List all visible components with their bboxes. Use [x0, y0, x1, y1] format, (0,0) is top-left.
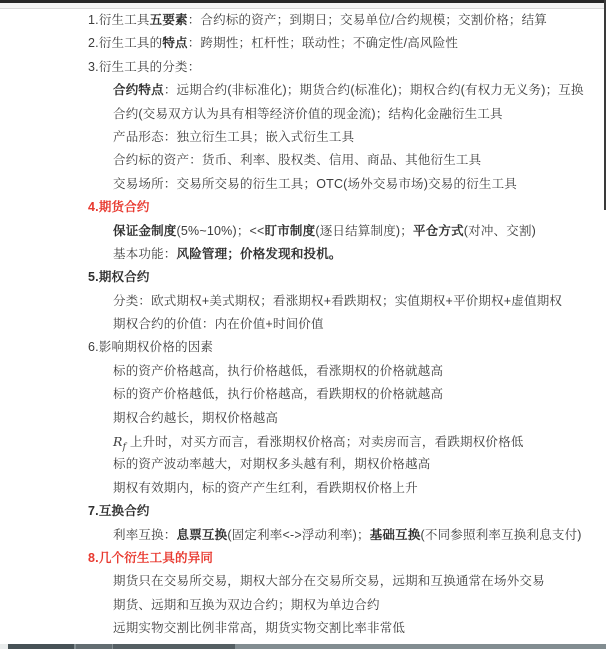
doc-text-segment: (不同参照利率互换利息支付) — [421, 528, 582, 542]
doc-line: 1.衍生工具五要素：合约标的资产；到期日；交易单位/合约规模；交割价格；结算 — [0, 9, 604, 32]
doc-text-segment: ：远期合约(非标准化)；期货合约(标准化)；期权合约(有权力无义务)；互换 — [164, 83, 584, 97]
doc-line: 合约标的资产：货币、利率、股权类、信用、商品、其他衍生工具 — [0, 149, 604, 172]
doc-text-segment: 期权合约越长，期权价格越高 — [113, 411, 278, 425]
doc-text-segment: 盯市制度 — [265, 224, 316, 238]
doc-text-segment: 2.衍生工具的 — [88, 36, 162, 50]
doc-text-segment: (5%~10%)；<< — [177, 224, 265, 238]
doc-line: 产品形态：独立衍生工具；嵌入式衍生工具 — [0, 126, 604, 149]
doc-text-segment: (对冲、交割) — [464, 224, 536, 238]
doc-text-segment: 8.几个衍生工具的异同 — [88, 551, 213, 565]
doc-text-segment: 标的资产价格越高，执行价格越低，看涨期权的价格就越高 — [113, 364, 443, 378]
doc-text-segment: 期货、远期和互换为双边合约；期权为单边合约 — [113, 598, 380, 612]
doc-line: 远期实物交割比例非常高，期货实物交割比率非常低 — [0, 617, 604, 640]
taskbar-button-sliver-3 — [113, 644, 235, 649]
doc-line: 3.衍生工具的分类： — [0, 56, 604, 79]
document-body: 1.衍生工具五要素：合约标的资产；到期日；交易单位/合约规模；交割价格；结算2.… — [0, 9, 604, 641]
doc-text-segment: 4.期货合约 — [88, 200, 150, 214]
doc-text-segment: 期货只在交易所交易，期权大部分在交易所交易，远期和互换通常在场外交易 — [113, 574, 545, 588]
doc-line: 6.影响期权价格的因素 — [0, 336, 604, 359]
doc-text-segment: 6.影响期权价格的因素 — [88, 340, 213, 354]
doc-text-segment: 五要素 — [150, 13, 188, 27]
doc-text-segment: 息票互换 — [177, 528, 228, 542]
doc-line: 2.衍生工具的特点：跨期性；杠杆性；联动性；不确定性/高风险性 — [0, 32, 604, 55]
doc-text-segment: 平仓方式 — [413, 224, 464, 238]
doc-text-segment: 产品形态：独立衍生工具；嵌入式衍生工具 — [113, 130, 354, 144]
doc-line: 7.互换合约 — [0, 500, 604, 523]
taskbar-gap — [0, 644, 8, 649]
doc-line: 标的资产价格越低，执行价格越高，看跌期权的价格就越高 — [0, 383, 604, 406]
doc-text-segment: 分类：欧式期权+美式期权；看涨期权+看跌期权；实值期权+平价期权+虚值期权 — [113, 294, 562, 308]
doc-text-segment: 标的资产波动率越大，对期权多头越有利，期权价格越高 — [113, 457, 431, 471]
doc-line: 4.期货合约 — [0, 196, 604, 219]
doc-line: 期权合约的价值：内在价值+时间价值 — [0, 313, 604, 336]
doc-text-segment: 合约特点 — [113, 83, 164, 97]
doc-text-segment: R — [113, 434, 123, 449]
doc-line: 5.期权合约 — [0, 266, 604, 289]
doc-text-segment: 基础互换 — [370, 528, 421, 542]
doc-line: 8.几个衍生工具的异同 — [0, 547, 604, 570]
doc-line: 期权有效期内，标的资产产生红利，看跌期权价格上升 — [0, 477, 604, 500]
doc-text-segment: 交易场所：交易所交易的衍生工具；OTC(场外交易市场)交易的衍生工具 — [113, 177, 517, 191]
taskbar-sliver — [0, 644, 606, 649]
doc-line: 利率互换：息票互换(固定利率<->浮动利率)；基础互换(不同参照利率互换利息支付… — [0, 524, 604, 547]
doc-line: 合约(交易双方认为具有相等经济价值的现金流)；结构化金融衍生工具 — [0, 103, 604, 126]
doc-text-segment: 期权合约的价值：内在价值+时间价值 — [113, 317, 324, 331]
doc-line: Rf 上升时，对买方而言，看涨期权价格高；对卖房而言，看跌期权价格低 — [0, 430, 604, 453]
doc-text-segment: 保证金制度 — [113, 224, 177, 238]
doc-line: 分类：欧式期权+美式期权；看涨期权+看跌期权；实值期权+平价期权+虚值期权 — [0, 290, 604, 313]
doc-text-segment: ：合约标的资产；到期日；交易单位/合约规模；交割价格；结算 — [188, 13, 547, 27]
doc-line: 期货、远期和互换为双边合约；期权为单边合约 — [0, 594, 604, 617]
doc-text-segment: 合约(交易双方认为具有相等经济价值的现金流)；结构化金融衍生工具 — [113, 107, 503, 121]
doc-text-segment: 标的资产价格越低，执行价格越高，看跌期权的价格就越高 — [113, 387, 443, 401]
doc-text-segment: 3.衍生工具的分类： — [88, 60, 200, 74]
doc-line: 期货只在交易所交易，期权大部分在交易所交易，远期和互换通常在场外交易 — [0, 570, 604, 593]
doc-text-segment: (固定利率<->浮动利率)； — [227, 528, 369, 542]
doc-text-segment: 利率互换： — [113, 528, 177, 542]
doc-text-segment: 合约标的资产：货币、利率、股权类、信用、商品、其他衍生工具 — [113, 153, 481, 167]
taskbar-button-sliver-1 — [8, 644, 74, 649]
doc-line: 标的资产波动率越大，对期权多头越有利，期权价格越高 — [0, 453, 604, 476]
doc-line: 期权合约越长，期权价格越高 — [0, 407, 604, 430]
doc-text-segment: 5.期权合约 — [88, 270, 150, 284]
doc-text-segment: 特点 — [162, 36, 187, 50]
doc-text-segment: 远期实物交割比例非常高，期货实物交割比率非常低 — [113, 621, 405, 635]
doc-text-segment: ：跨期性；杠杆性；联动性；不确定性/高风险性 — [188, 36, 458, 50]
doc-text-segment: 期权有效期内，标的资产产生红利，看跌期权价格上升 — [113, 481, 418, 495]
taskbar-button-sliver-2 — [76, 644, 112, 649]
doc-text-segment: 1.衍生工具 — [88, 13, 150, 27]
doc-text-segment: (逐日结算制度)； — [315, 224, 413, 238]
doc-line: 合约特点：远期合约(非标准化)；期货合约(标准化)；期权合约(有权力无义务)；互… — [0, 79, 604, 102]
doc-line: 保证金制度(5%~10%)；<<盯市制度(逐日结算制度)；平仓方式(对冲、交割) — [0, 220, 604, 243]
doc-text-segment: 上升时，对买方而言，看涨期权价格高；对卖房而言，看跌期权价格低 — [126, 435, 523, 449]
doc-line: 标的资产价格越高，执行价格越低，看涨期权的价格就越高 — [0, 360, 604, 383]
doc-text-segment: 风险管理；价格发现和投机。 — [177, 247, 342, 261]
doc-text-segment: 基本功能： — [113, 247, 177, 261]
doc-line: 基本功能：风险管理；价格发现和投机。 — [0, 243, 604, 266]
doc-text-segment: 7.互换合约 — [88, 504, 150, 518]
doc-line: 交易场所：交易所交易的衍生工具；OTC(场外交易市场)交易的衍生工具 — [0, 173, 604, 196]
